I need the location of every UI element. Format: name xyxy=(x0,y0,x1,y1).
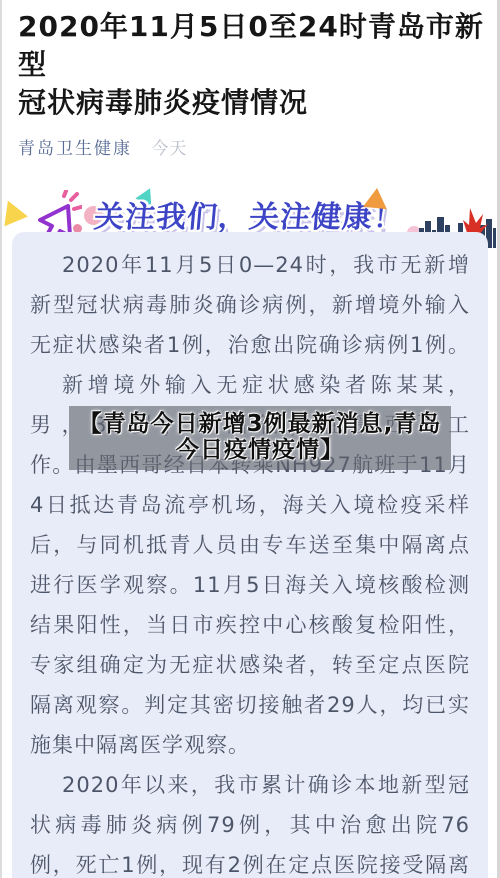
screen-edge-left xyxy=(0,0,2,878)
watermark-overlay: 【青岛今日新增3例最新消息,青岛今日疫情疫情】 xyxy=(69,406,451,470)
page-title: 2020年11月5日0至24时青岛市新型 冠状病毒肺炎疫情情况 xyxy=(18,8,484,122)
article-line: 新增境外输入无症状感染者陈某某， xyxy=(30,365,470,405)
article-line: 专家组确定为无症状感染者，转至定点医院 xyxy=(30,645,470,685)
article-line: 施集中隔离医学观察。 xyxy=(30,725,470,765)
article-line: 隔离观察。判定其密切接触者29人，均已实 xyxy=(30,685,470,725)
triangle-decoration-orange xyxy=(363,187,389,209)
article-line: 进行医学观察。11月5日海关入境核酸检测 xyxy=(30,565,470,605)
article-body: 2020年11月5日0—24时，我市无新增 新型冠状病毒肺炎确诊病例，新增境外输… xyxy=(12,232,488,878)
article-line: 例，死亡1例，现有2例在定点医院接受隔离 xyxy=(30,845,470,878)
article-line: 无症状感染者1例，治愈出院确诊病例1例。 xyxy=(30,325,470,365)
article-header: 2020年11月5日0至24时青岛市新型 冠状病毒肺炎疫情情况 青岛卫生健康 今… xyxy=(0,0,500,160)
article-line: 结果阳性，当日市疾控中心核酸复检阳性， xyxy=(30,605,470,645)
article-line: 2020年以来，我市累计确诊本地新型冠 xyxy=(30,765,470,805)
page-title-line1: 2020年11月5日0至24时青岛市新型 xyxy=(18,8,484,84)
watermark-text: 【青岛今日新增3例最新消息,青岛今日疫情疫情】 xyxy=(71,411,449,463)
article-line: 4日抵达青岛流亭机场，海关入境检疫采样 xyxy=(30,485,470,525)
article-line: 后，与同机抵青人员由专车送至集中隔离点 xyxy=(30,525,470,565)
page-title-line2: 冠状病毒肺炎疫情情况 xyxy=(18,84,484,122)
article-line: 新型冠状病毒肺炎确诊病例，新增境外输入 xyxy=(30,285,470,325)
article-line: 2020年11月5日0—24时，我市无新增 xyxy=(30,245,470,285)
publish-time: 今天 xyxy=(151,139,187,159)
article-line: 状病毒肺炎病例79例，其中治愈出院76 xyxy=(30,805,470,845)
article-meta: 青岛卫生健康 今天 xyxy=(18,138,484,160)
account-name-link[interactable]: 青岛卫生健康 xyxy=(18,139,132,159)
